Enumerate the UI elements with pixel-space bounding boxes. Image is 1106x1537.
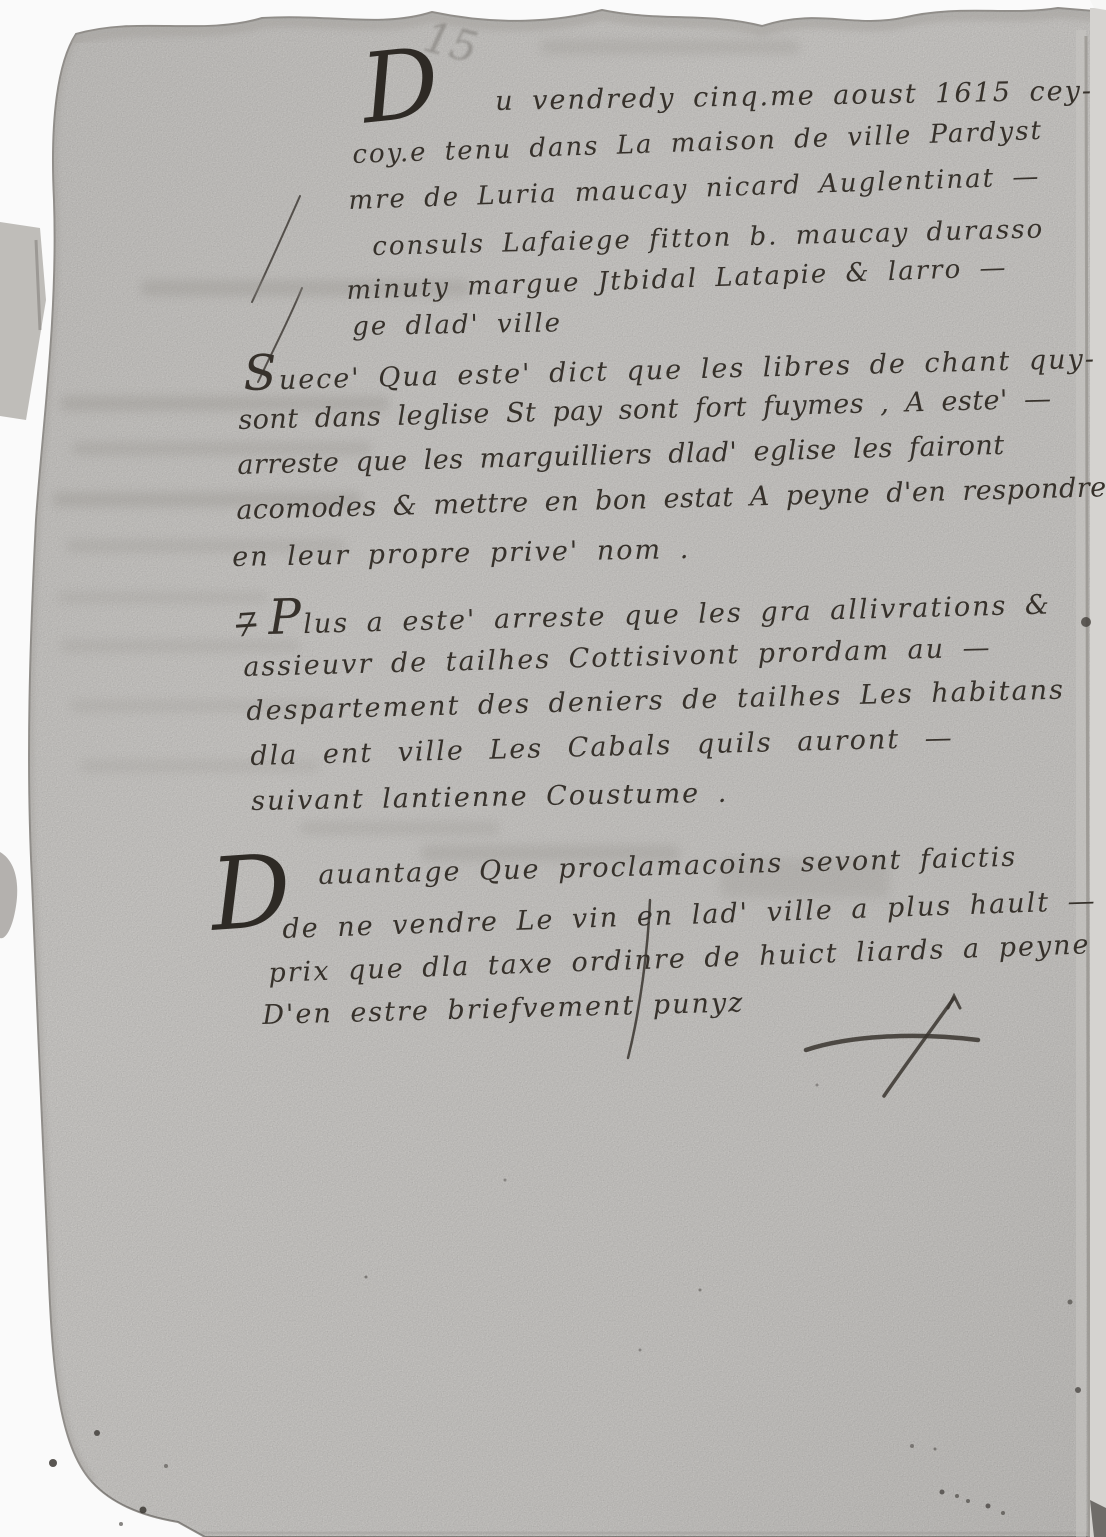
manuscript-line: D'en estre briefvement punyz	[262, 989, 745, 1029]
manuscript-line: despartement des deniers de tailhes Les …	[246, 677, 1065, 725]
paragraph-mark: 7	[235, 605, 258, 644]
manuscript-line: mre de Luria maucay nicard Auglentinat —	[348, 164, 1041, 214]
manuscript-line: suivant lantienne Coustume .	[251, 780, 729, 815]
manuscript-line: ge dlad' ville	[352, 310, 562, 340]
manuscript-line: u vendredy cinq.me aoust 1615 cey-	[495, 78, 1093, 115]
initial-capital: D	[208, 850, 294, 935]
handwriting-layer: 15 D u vendredy cinq.me aoust 1615 cey- …	[0, 0, 1106, 1537]
manuscript-line: acomodes & mettre en bon estat A peyne d…	[236, 474, 1106, 524]
manuscript-line: en leur propre prive' nom .	[232, 536, 691, 571]
manuscript-line: assieuvr de tailhes Cottisivont prordam …	[243, 634, 992, 681]
manuscript-line: minuty margue Jtbidal Latapie & larro —	[346, 255, 1008, 304]
manuscript-line: Plus a este' arreste que les gra allivra…	[268, 584, 1051, 639]
cross-flourish-icon	[788, 982, 998, 1102]
manuscript-scan: 15 D u vendredy cinq.me aoust 1615 cey- …	[0, 0, 1106, 1537]
manuscript-line: coy.e tenu dans La maison de ville Pardy…	[352, 118, 1043, 168]
manuscript-line: dla ent ville Les Cabals quils auront —	[250, 725, 954, 770]
manuscript-line: arreste que les marguilliers dlad' eglis…	[237, 432, 1005, 479]
manuscript-line: consuls Lafaiege fitton b. maucay durass…	[372, 216, 1045, 260]
manuscript-line: auantage Que proclamacoins sevont faicti…	[318, 844, 1018, 889]
